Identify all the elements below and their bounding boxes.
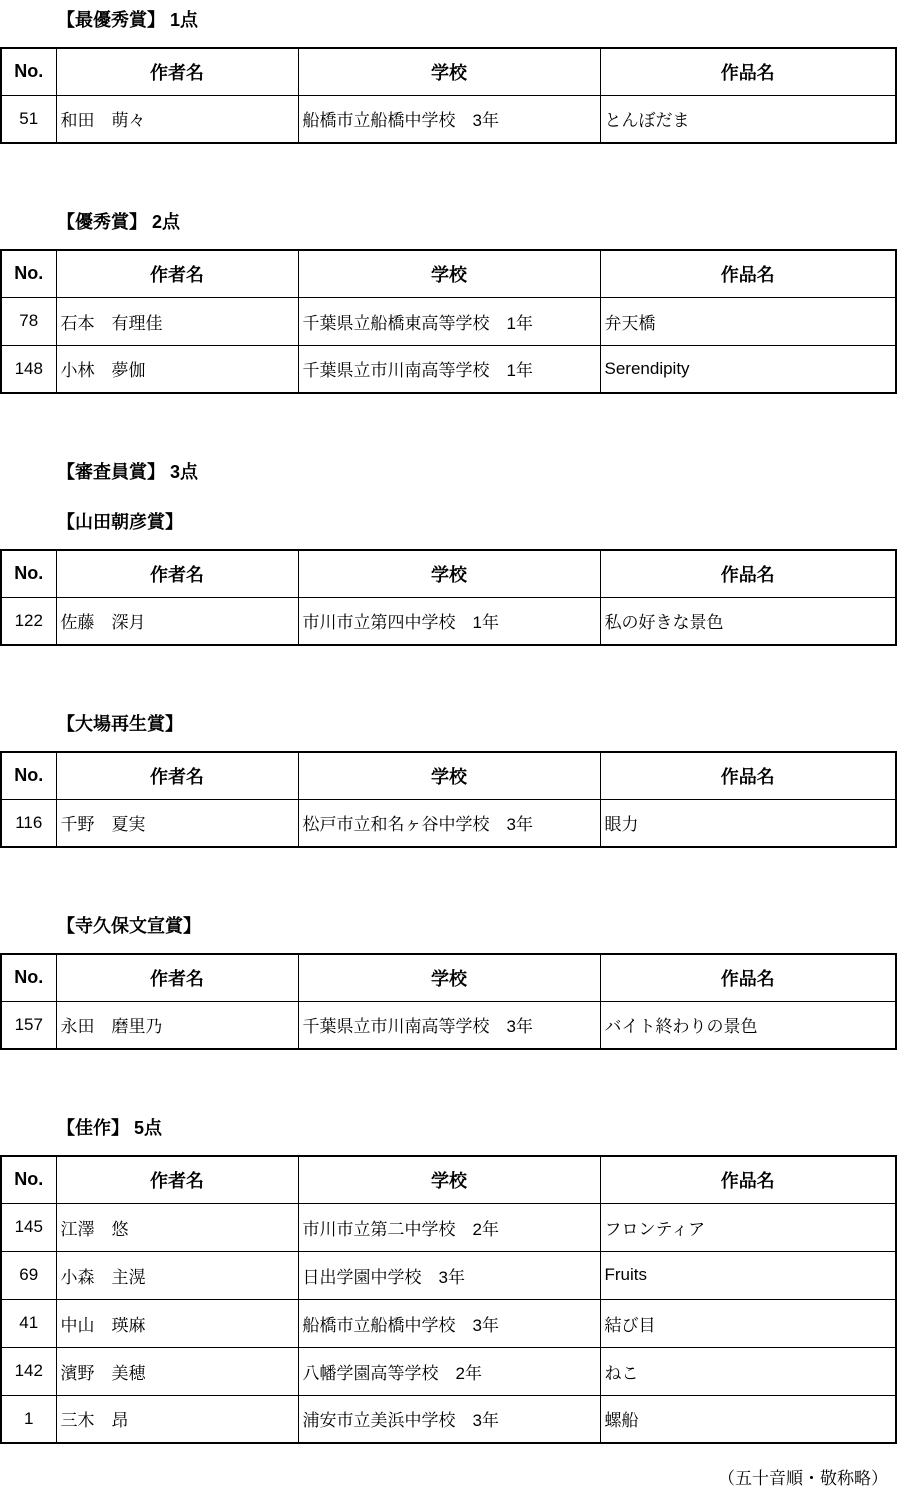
cell-school: 千葉県立市川南高等学校 3年 <box>298 1001 600 1049</box>
section-heading: 【山田朝彦賞】 <box>57 510 900 534</box>
cell-no: 122 <box>1 597 56 645</box>
table-row: 78 石本 有理佳 千葉県立船橋東高等学校 1年 弁天橋 <box>1 297 896 345</box>
header-cell-school: 学校 <box>298 48 600 95</box>
table-header-row: No. 作者名 学校 作品名 <box>1 550 896 597</box>
awards-table: No. 作者名 学校 作品名 122 佐藤 深月 市川市立第四中学校 1年 私の… <box>0 549 897 646</box>
cell-no: 145 <box>1 1203 56 1251</box>
header-cell-no: No. <box>1 48 56 95</box>
header-cell-author: 作者名 <box>56 550 298 597</box>
cell-author: 小森 主滉 <box>56 1251 298 1299</box>
cell-work: Fruits <box>600 1251 896 1299</box>
header-cell-no: No. <box>1 752 56 799</box>
cell-author: 永田 磨里乃 <box>56 1001 298 1049</box>
section-heading: 【大場再生賞】 <box>57 712 900 736</box>
cell-no: 78 <box>1 297 56 345</box>
section-oba-prize: 【大場再生賞】 No. 作者名 学校 作品名 116 千野 夏実 松戸市立和名ヶ… <box>0 712 900 848</box>
header-cell-school: 学校 <box>298 954 600 1001</box>
header-cell-author: 作者名 <box>56 752 298 799</box>
cell-author: 濱野 美穂 <box>56 1347 298 1395</box>
header-cell-no: No. <box>1 550 56 597</box>
section-excellence-prize: 【優秀賞】 2点 No. 作者名 学校 作品名 78 石本 有理佳 千葉県立船橋… <box>0 210 900 394</box>
header-cell-author: 作者名 <box>56 250 298 297</box>
cell-author: 江澤 悠 <box>56 1203 298 1251</box>
table-header-row: No. 作者名 学校 作品名 <box>1 752 896 799</box>
sort-order-note: （五十音順・敬称略） <box>0 1464 888 1489</box>
cell-school: 浦安市立美浜中学校 3年 <box>298 1395 600 1443</box>
header-cell-school: 学校 <box>298 1156 600 1203</box>
header-cell-work: 作品名 <box>600 954 896 1001</box>
table-header-row: No. 作者名 学校 作品名 <box>1 954 896 1001</box>
cell-author: 和田 萌々 <box>56 95 298 143</box>
cell-school: 市川市立第二中学校 2年 <box>298 1203 600 1251</box>
header-cell-no: No. <box>1 954 56 1001</box>
cell-school: 千葉県立市川南高等学校 1年 <box>298 345 600 393</box>
section-heading: 【佳作】 5点 <box>57 1116 900 1140</box>
cell-work: 眼力 <box>600 799 896 847</box>
awards-table: No. 作者名 学校 作品名 145 江澤 悠 市川市立第二中学校 2年 フロン… <box>0 1155 897 1444</box>
section-terakubo-prize: 【寺久保文宣賞】 No. 作者名 学校 作品名 157 永田 磨里乃 千葉県立市… <box>0 914 900 1050</box>
cell-work: 螺船 <box>600 1395 896 1443</box>
cell-author: 三木 昂 <box>56 1395 298 1443</box>
table-row: 148 小林 夢伽 千葉県立市川南高等学校 1年 Serendipity <box>1 345 896 393</box>
table-row: 145 江澤 悠 市川市立第二中学校 2年 フロンティア <box>1 1203 896 1251</box>
cell-work: ねこ <box>600 1347 896 1395</box>
cell-work: 私の好きな景色 <box>600 597 896 645</box>
section-judges-prize: 【審査員賞】 3点 <box>0 460 900 484</box>
table-row: 122 佐藤 深月 市川市立第四中学校 1年 私の好きな景色 <box>1 597 896 645</box>
header-cell-school: 学校 <box>298 752 600 799</box>
table-header-row: No. 作者名 学校 作品名 <box>1 1156 896 1203</box>
header-cell-work: 作品名 <box>600 48 896 95</box>
cell-school: 八幡学園高等学校 2年 <box>298 1347 600 1395</box>
cell-school: 松戸市立和名ヶ谷中学校 3年 <box>298 799 600 847</box>
header-cell-author: 作者名 <box>56 48 298 95</box>
header-cell-author: 作者名 <box>56 954 298 1001</box>
header-cell-school: 学校 <box>298 550 600 597</box>
cell-author: 佐藤 深月 <box>56 597 298 645</box>
header-cell-work: 作品名 <box>600 550 896 597</box>
awards-table: No. 作者名 学校 作品名 51 和田 萌々 船橋市立船橋中学校 3年 とんぼ… <box>0 47 897 144</box>
header-cell-work: 作品名 <box>600 752 896 799</box>
header-cell-work: 作品名 <box>600 250 896 297</box>
cell-no: 51 <box>1 95 56 143</box>
cell-work: とんぼだま <box>600 95 896 143</box>
cell-work: フロンティア <box>600 1203 896 1251</box>
cell-no: 148 <box>1 345 56 393</box>
cell-work: 弁天橋 <box>600 297 896 345</box>
cell-school: 千葉県立船橋東高等学校 1年 <box>298 297 600 345</box>
section-grand-prize: 【最優秀賞】 1点 No. 作者名 学校 作品名 51 和田 萌々 船橋市立船橋… <box>0 8 900 144</box>
table-row: 41 中山 瑛麻 船橋市立船橋中学校 3年 結び目 <box>1 1299 896 1347</box>
cell-school: 日出学園中学校 3年 <box>298 1251 600 1299</box>
cell-work: 結び目 <box>600 1299 896 1347</box>
awards-table: No. 作者名 学校 作品名 116 千野 夏実 松戸市立和名ヶ谷中学校 3年 … <box>0 751 897 848</box>
cell-no: 69 <box>1 1251 56 1299</box>
table-header-row: No. 作者名 学校 作品名 <box>1 48 896 95</box>
table-row: 142 濱野 美穂 八幡学園高等学校 2年 ねこ <box>1 1347 896 1395</box>
cell-work: Serendipity <box>600 345 896 393</box>
section-honorable-mention: 【佳作】 5点 No. 作者名 学校 作品名 145 江澤 悠 市川市立第二中学… <box>0 1116 900 1444</box>
cell-no: 116 <box>1 799 56 847</box>
header-cell-no: No. <box>1 250 56 297</box>
table-row: 116 千野 夏実 松戸市立和名ヶ谷中学校 3年 眼力 <box>1 799 896 847</box>
section-heading: 【寺久保文宣賞】 <box>57 914 900 938</box>
header-cell-author: 作者名 <box>56 1156 298 1203</box>
cell-author: 石本 有理佳 <box>56 297 298 345</box>
cell-no: 1 <box>1 1395 56 1443</box>
cell-no: 142 <box>1 1347 56 1395</box>
cell-work: バイト終わりの景色 <box>600 1001 896 1049</box>
table-row: 69 小森 主滉 日出学園中学校 3年 Fruits <box>1 1251 896 1299</box>
section-heading: 【優秀賞】 2点 <box>57 210 900 234</box>
cell-no: 157 <box>1 1001 56 1049</box>
cell-school: 船橋市立船橋中学校 3年 <box>298 1299 600 1347</box>
table-row: 157 永田 磨里乃 千葉県立市川南高等学校 3年 バイト終わりの景色 <box>1 1001 896 1049</box>
table-row: 1 三木 昂 浦安市立美浜中学校 3年 螺船 <box>1 1395 896 1443</box>
header-cell-work: 作品名 <box>600 1156 896 1203</box>
table-header-row: No. 作者名 学校 作品名 <box>1 250 896 297</box>
cell-school: 市川市立第四中学校 1年 <box>298 597 600 645</box>
cell-author: 千野 夏実 <box>56 799 298 847</box>
awards-table: No. 作者名 学校 作品名 78 石本 有理佳 千葉県立船橋東高等学校 1年 … <box>0 249 897 394</box>
cell-author: 中山 瑛麻 <box>56 1299 298 1347</box>
cell-author: 小林 夢伽 <box>56 345 298 393</box>
table-row: 51 和田 萌々 船橋市立船橋中学校 3年 とんぼだま <box>1 95 896 143</box>
header-cell-school: 学校 <box>298 250 600 297</box>
section-yamada-prize: 【山田朝彦賞】 No. 作者名 学校 作品名 122 佐藤 深月 市川市立第四中… <box>0 510 900 646</box>
cell-no: 41 <box>1 1299 56 1347</box>
awards-table: No. 作者名 学校 作品名 157 永田 磨里乃 千葉県立市川南高等学校 3年… <box>0 953 897 1050</box>
section-heading: 【最優秀賞】 1点 <box>57 8 900 32</box>
header-cell-no: No. <box>1 1156 56 1203</box>
section-heading: 【審査員賞】 3点 <box>57 460 900 484</box>
cell-school: 船橋市立船橋中学校 3年 <box>298 95 600 143</box>
